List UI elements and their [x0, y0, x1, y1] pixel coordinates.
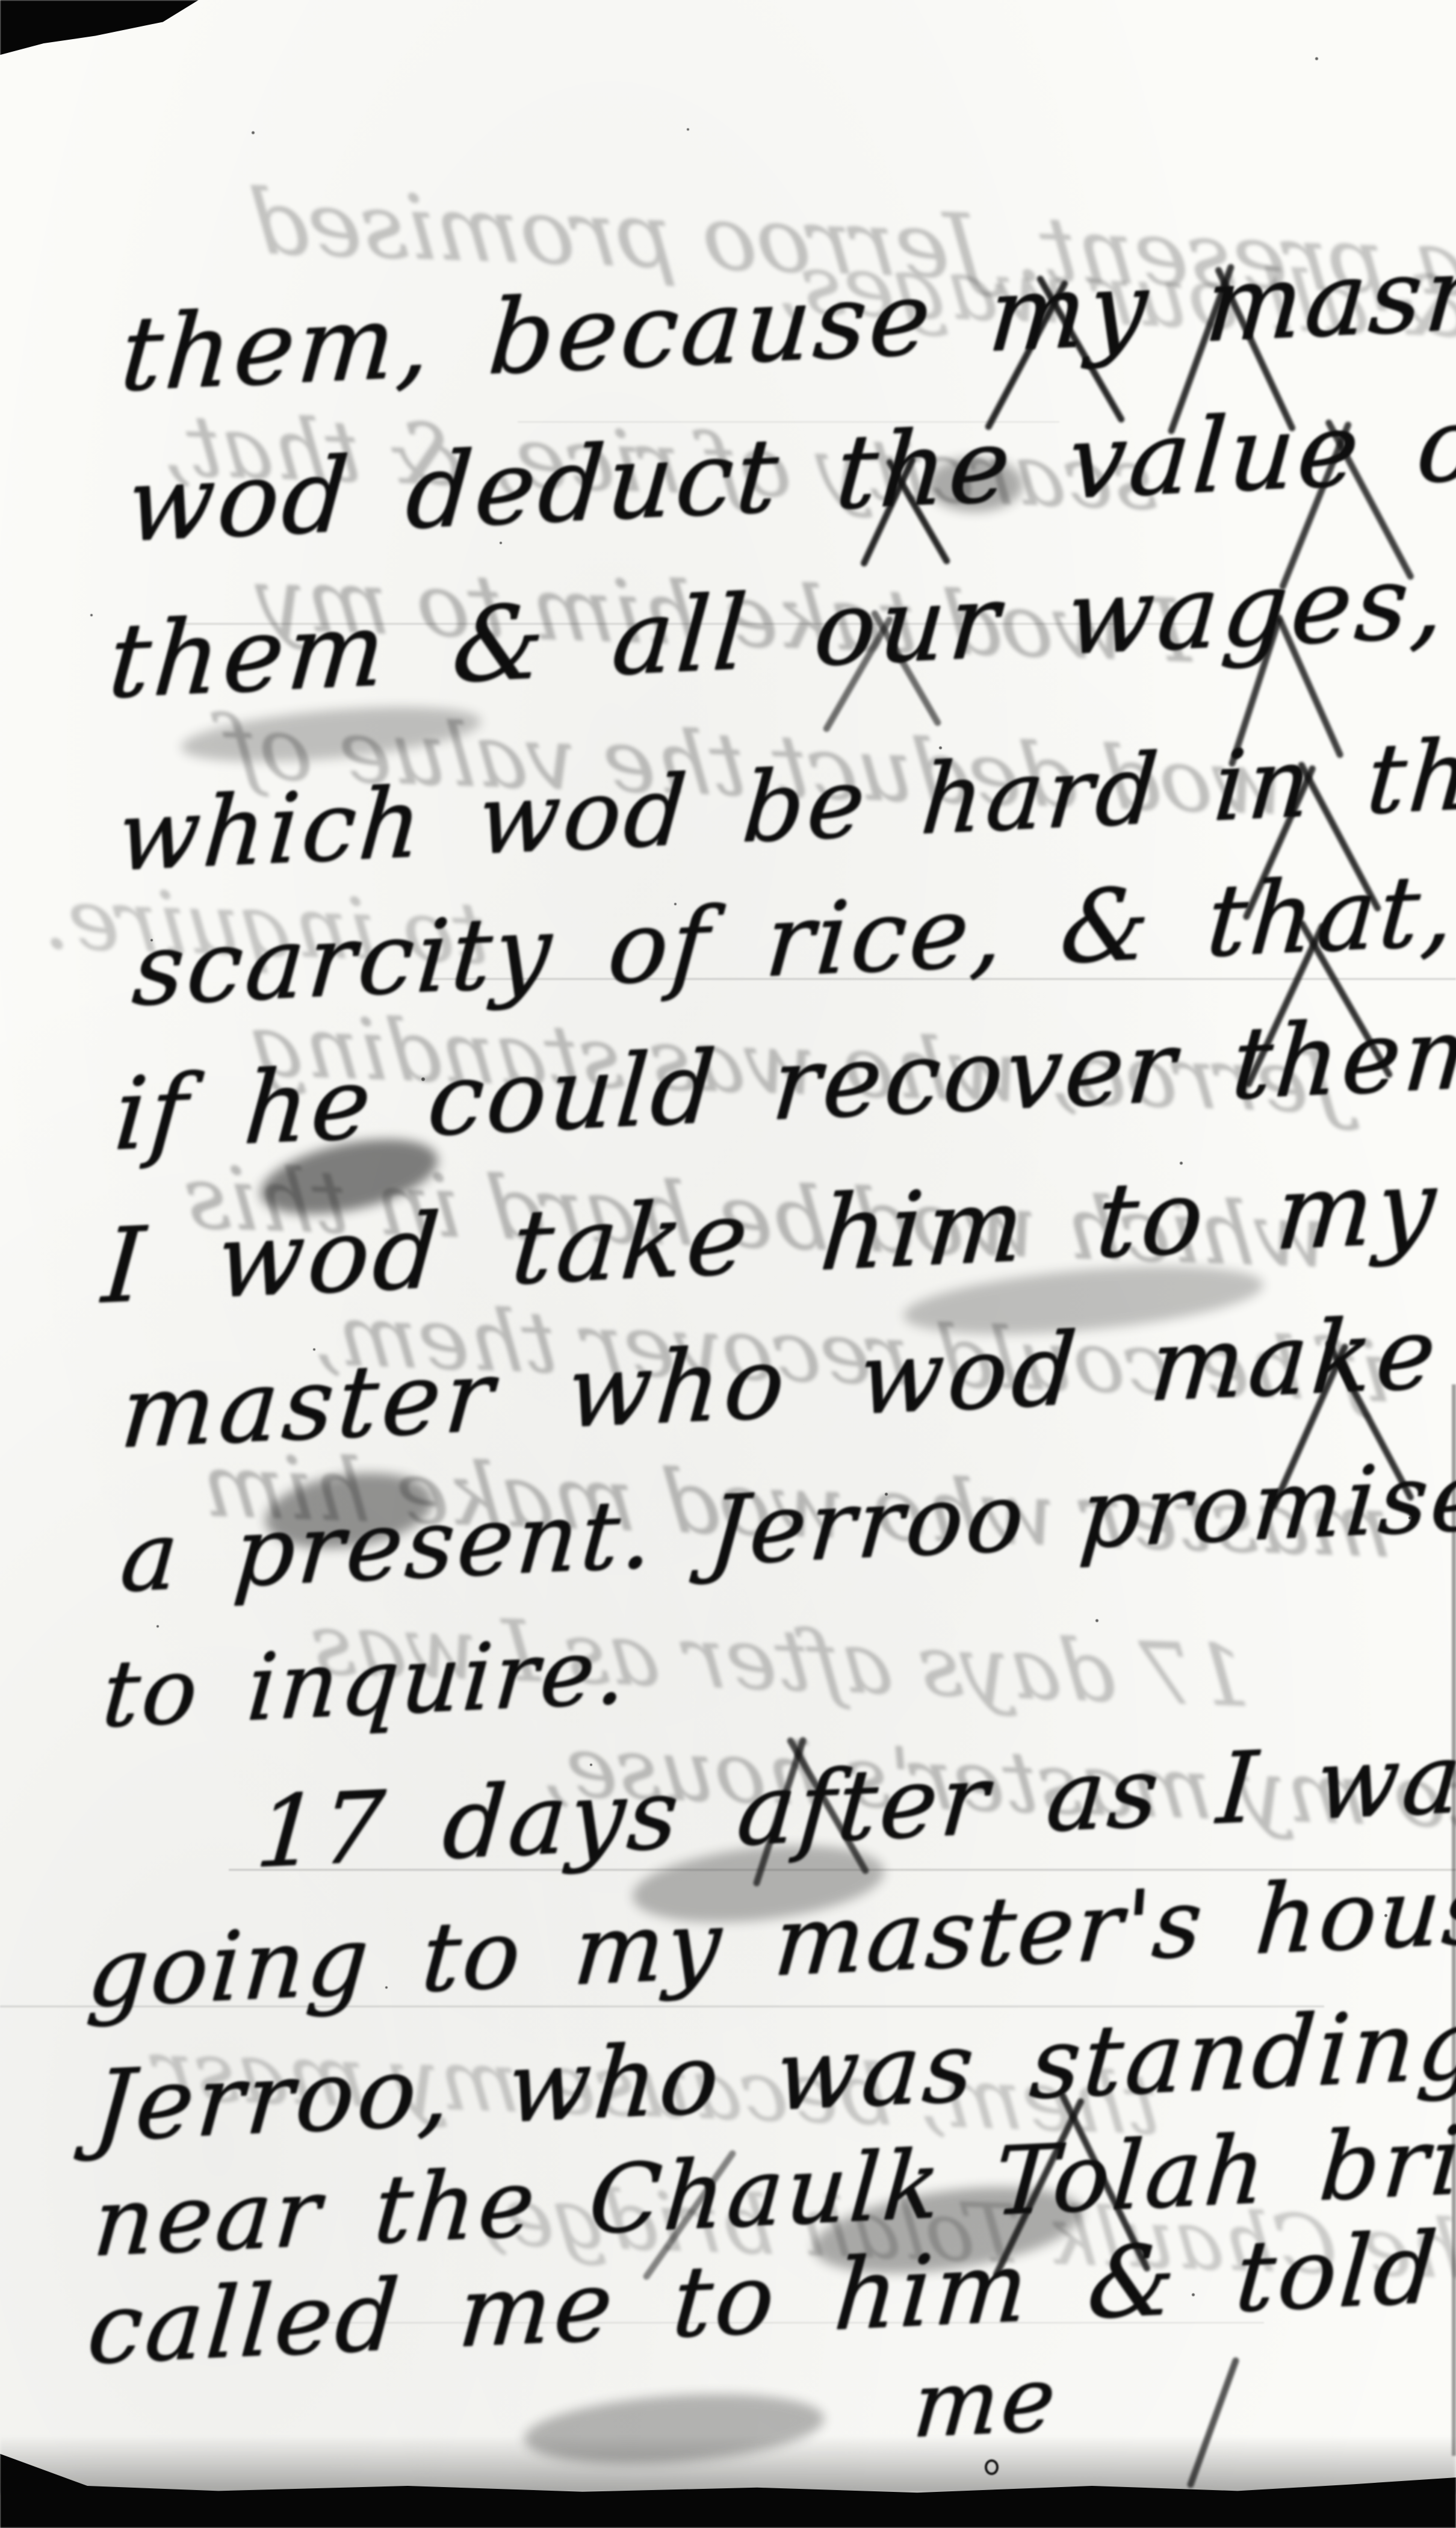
manuscript-page: a present. Jerroo promisedthem & all our… — [0, 0, 1456, 2528]
manuscript-line: wod deduct the value of — [123, 391, 1456, 557]
manuscript-line: a present. Jerroo promised — [117, 1445, 1456, 1606]
scan-border-right — [1452, 1384, 1456, 2456]
manuscript-line: which wod be hard in this — [114, 722, 1456, 885]
ink-ring-mark — [985, 2459, 999, 2475]
scan-shadow-bottom — [0, 2436, 1456, 2493]
manuscript-line: them & all our wages, — [105, 550, 1452, 713]
manuscript-line: to inquire. — [99, 1625, 632, 1741]
manuscript-line: them, because my masr — [117, 242, 1456, 406]
manuscript-line: I wod take him to my — [99, 1155, 1442, 1318]
manuscript-line: scarcity of rice, & that, — [129, 860, 1456, 1020]
handwriting-layer: them, because my masrwod deduct the valu… — [0, 0, 1456, 2528]
manuscript-line: if he could recover them, — [111, 1000, 1456, 1165]
manuscript-line: 17 days after as I was — [253, 1727, 1456, 1882]
